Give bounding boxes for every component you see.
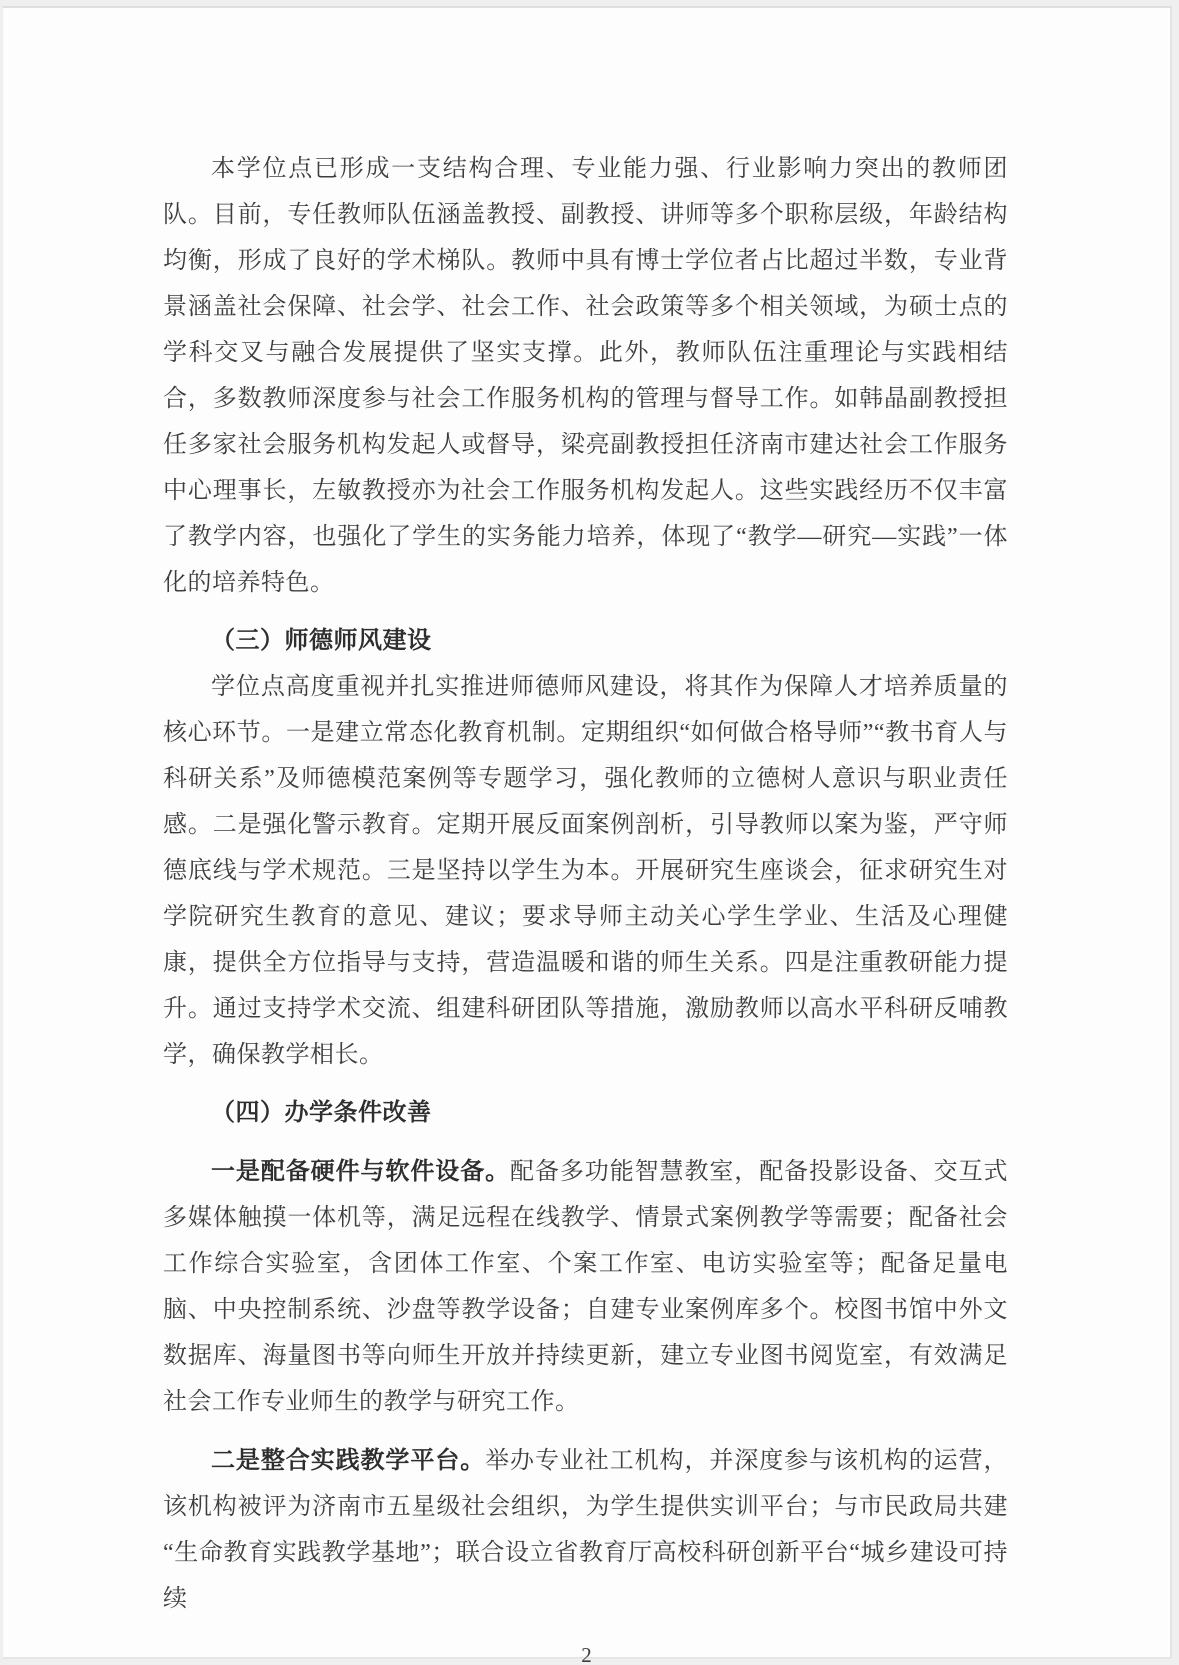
section-heading: （三）师德师风建设 bbox=[163, 618, 1008, 664]
page-number: 2 bbox=[3, 1640, 1170, 1665]
paragraph-lead: 一是配备硬件与软件设备。 bbox=[211, 1159, 510, 1185]
document-content: 本学位点已形成一支结构合理、专业能力强、行业影响力突出的教师团队。目前，专任教师… bbox=[3, 8, 1170, 1622]
paragraph: 一是配备硬件与软件设备。配备多功能智慧教室，配备投影设备、交互式多媒体触摸一体机… bbox=[163, 1149, 1008, 1425]
section-heading: （四）办学条件改善 bbox=[163, 1090, 1008, 1136]
paragraph: 学位点高度重视并扎实推进师德师风建设，将其作为保障人才培养质量的核心环节。一是建… bbox=[163, 664, 1008, 1078]
paragraph-lead: 二是整合实践教学平台。 bbox=[211, 1448, 485, 1474]
paragraph: 二是整合实践教学平台。举办专业社工机构，并深度参与该机构的运营，该机构被评为济南… bbox=[163, 1438, 1008, 1622]
document-page: 本学位点已形成一支结构合理、专业能力强、行业影响力突出的教师团队。目前，专任教师… bbox=[2, 6, 1172, 1659]
paragraph: 本学位点已形成一支结构合理、专业能力强、行业影响力突出的教师团队。目前，专任教师… bbox=[163, 146, 1008, 606]
